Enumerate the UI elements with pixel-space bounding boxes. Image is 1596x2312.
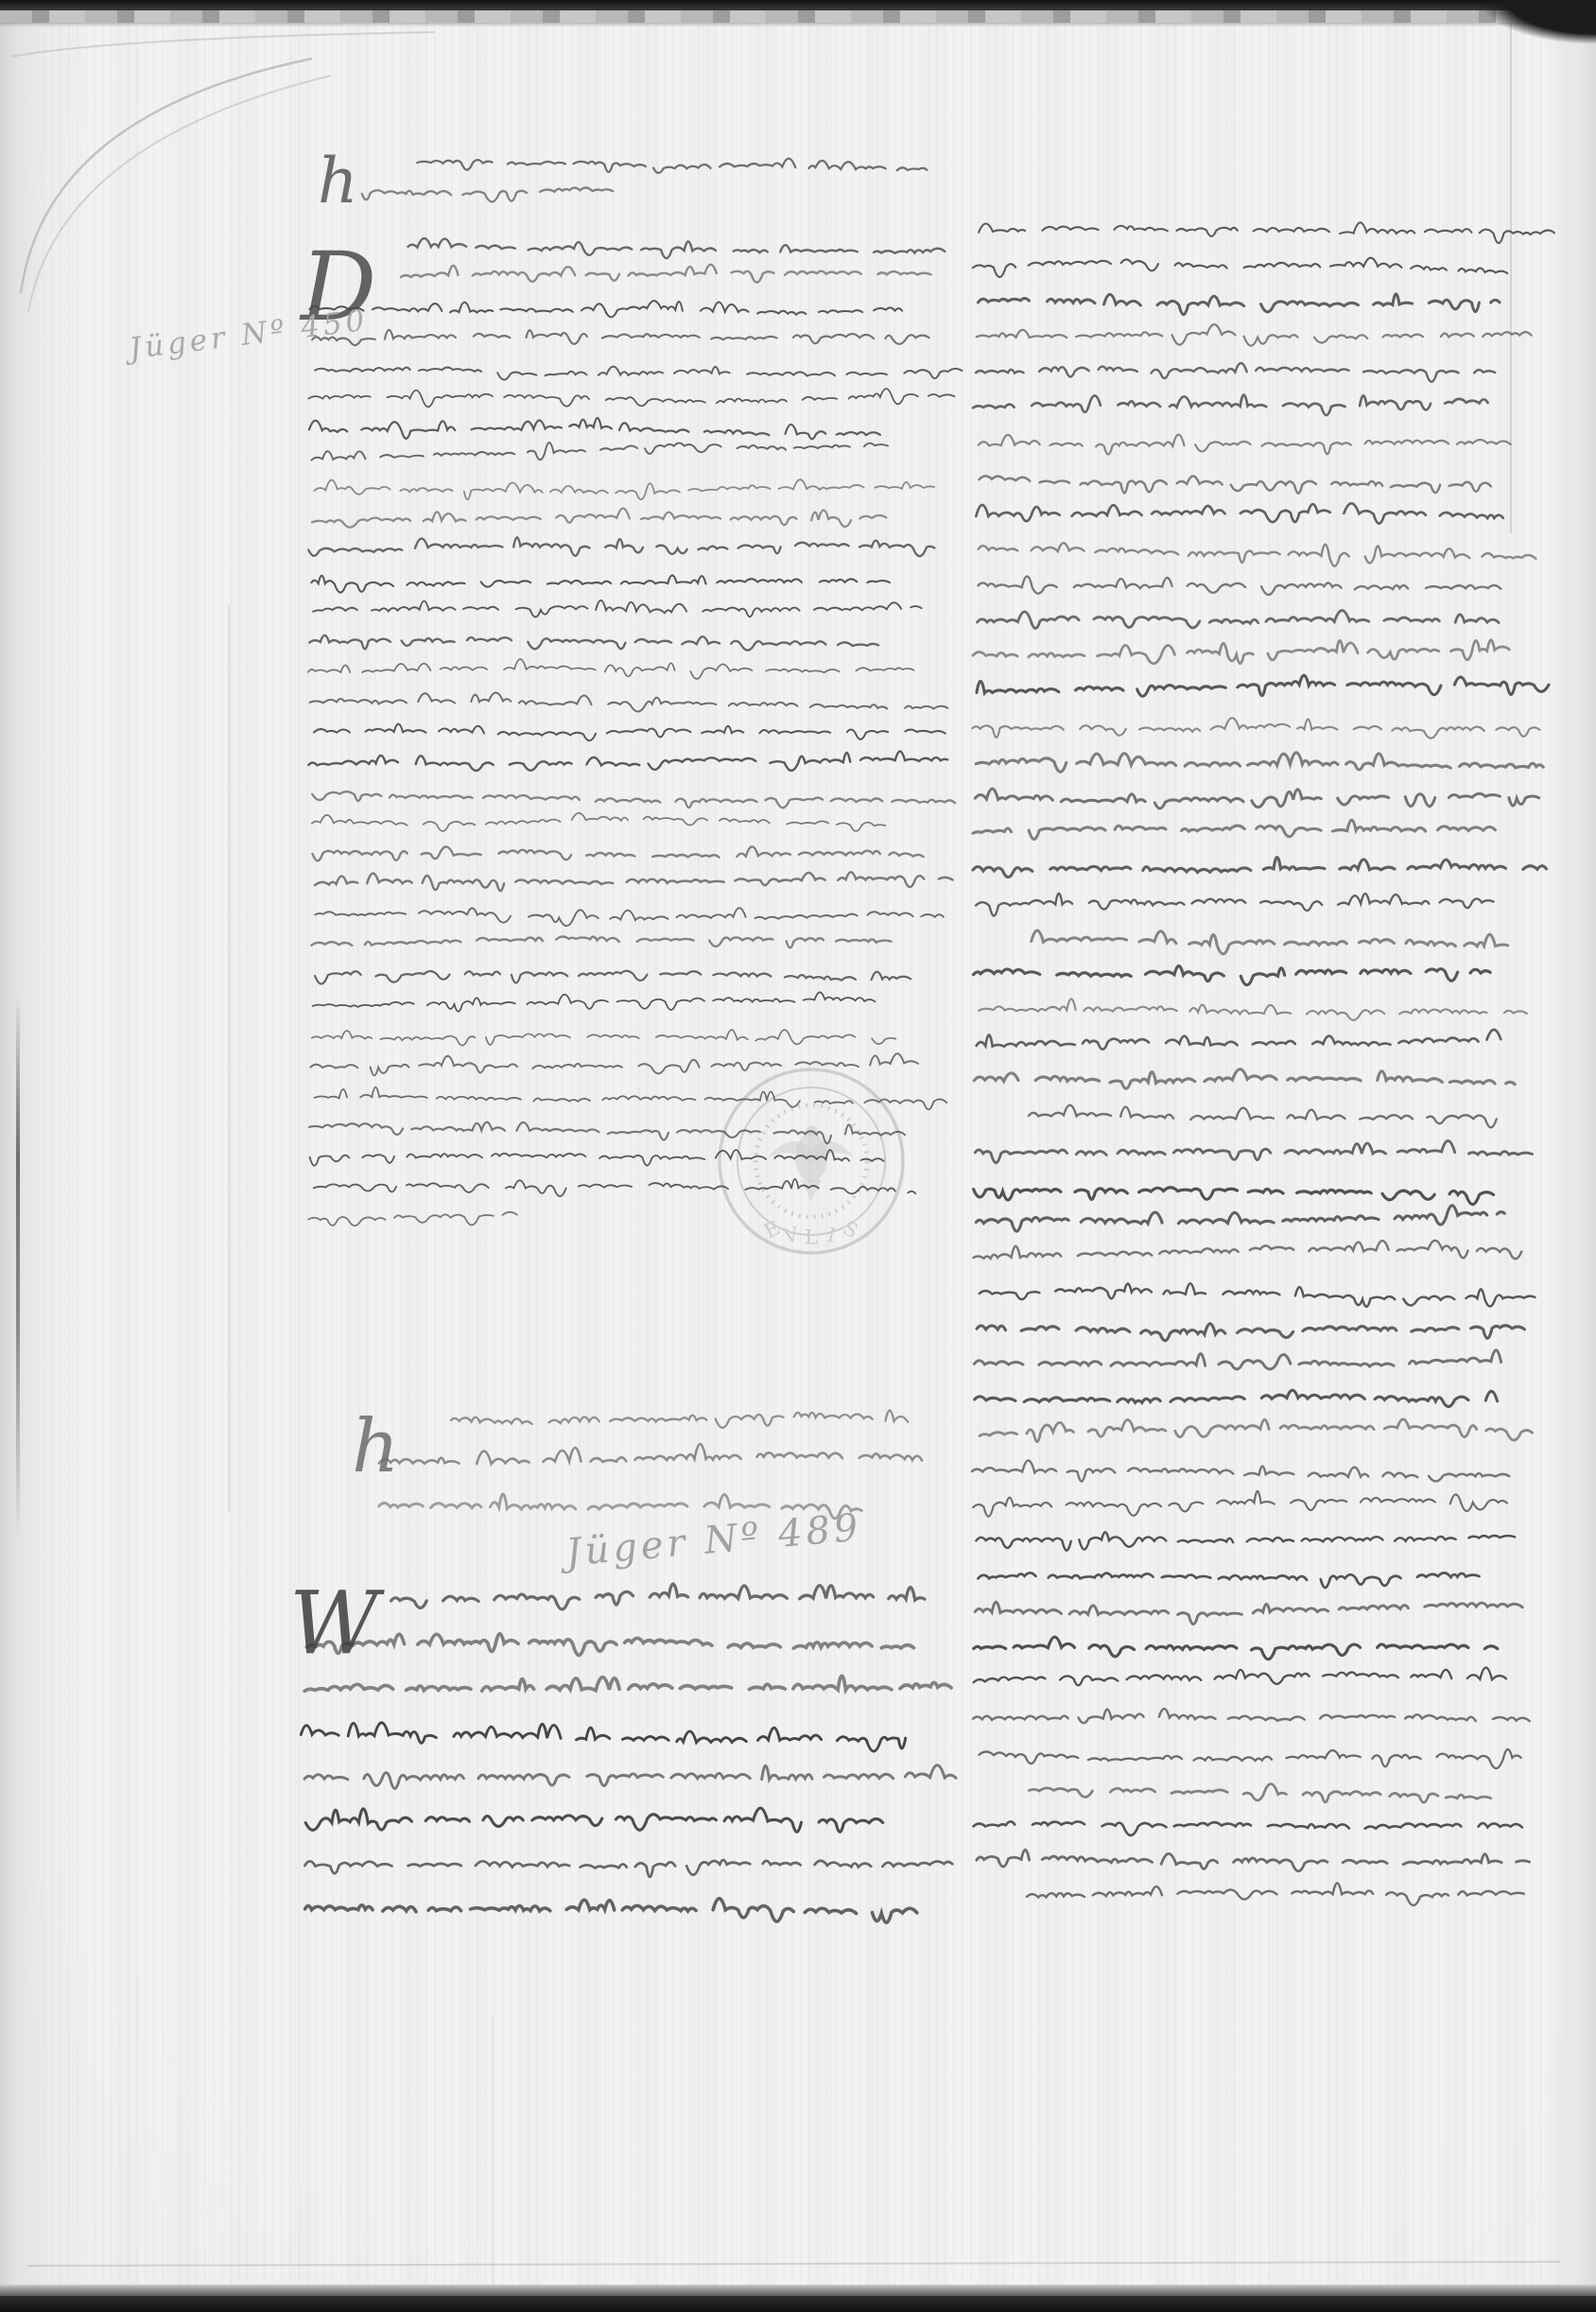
stamp-eagle-icon <box>768 1125 855 1201</box>
decorated-initial: h <box>318 145 358 217</box>
header-rubric: h <box>318 145 937 217</box>
manuscript-scan: SILVEhDhW Jüger Nº 450 Jüger Nº 489 <box>0 0 1596 2312</box>
stamp-letter: I <box>825 1224 838 1247</box>
decorated-initial: h <box>352 1404 399 1489</box>
right-column-block <box>972 222 1562 1905</box>
decorated-initial: W <box>289 1573 385 1674</box>
stamp-letter: L <box>805 1226 818 1249</box>
left-column-latin-block: D <box>299 232 976 1226</box>
archive-stamp: SILVE <box>720 1069 903 1253</box>
left-column-german-block: W <box>289 1573 974 1922</box>
stamp-letter: V <box>781 1223 802 1248</box>
middle-rubric-block: h <box>352 1404 940 1519</box>
